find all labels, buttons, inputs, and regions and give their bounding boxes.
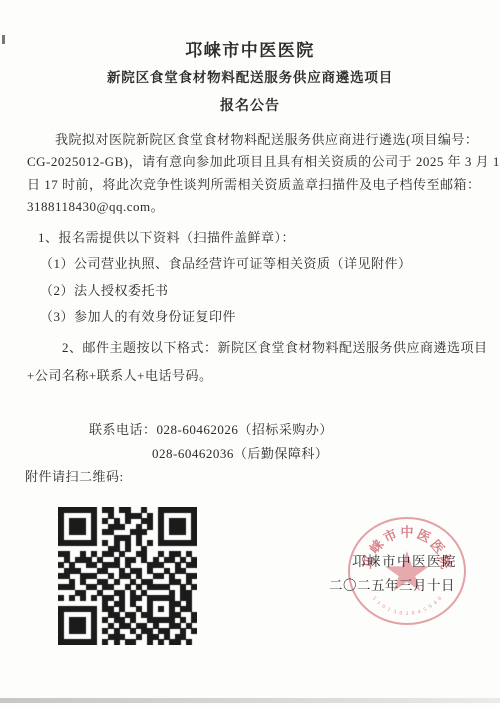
- scanned-announcement-page: 邛崃市中医医院 新院区食堂食材物料配送服务供应商遴选项目 报名公告 我院拟对医院…: [0, 0, 500, 707]
- qr-code-label: 附件请扫二维码:: [25, 466, 124, 485]
- email-subject-format-line-2: +公司名称+联系人+电话号码。: [27, 365, 213, 384]
- intro-line-4-email: 3188118430@qq.com。: [27, 196, 477, 218]
- stamp-serial-digit: 4: [433, 600, 439, 606]
- scan-bottom-shadow: [0, 698, 500, 703]
- email-subject-format-line-1: 2、邮件主题按以下格式：新院区食堂食材物料配送服务供应商遴选项目: [62, 337, 488, 356]
- intro-line-2: CG-2025012-GB)，请有意向参加此项目且具有相关资质的公司于 2025…: [27, 151, 477, 173]
- stamp-arc-char: 邛: [357, 554, 378, 571]
- intro-paragraph: 我院拟对医院新院区食堂食材物料配送服务供应商进行遴选(项目编号： CG-2025…: [27, 129, 477, 219]
- project-name-title: 新院区食堂食材物料配送服务供应商遴选项目: [0, 66, 500, 86]
- stamp-serial-digit: 1: [375, 600, 381, 606]
- stamp-serial-digit: 0: [411, 610, 415, 616]
- requirements-heading: 1、报名需提供以下资料（扫描件盖鲜章）：: [38, 227, 295, 246]
- stamp-serial-digit: 4: [417, 609, 421, 616]
- stamp-arc-char: 医: [427, 535, 450, 557]
- requirement-item-1: （1）公司营业执照、食品经营许可证等相关资质（详见附件）: [40, 253, 412, 272]
- intro-line-3: 日 17 时前，将此次竞争性谈判所需相关资质盖章扫描件及电子档传至邮箱：: [27, 174, 477, 196]
- official-stamp: 邛崃市中医医院5101302045940: [348, 517, 466, 625]
- stamp-serial-digit: 5: [423, 607, 428, 614]
- contact-phone-2: 028-60462036（后勤保障科）: [152, 443, 328, 462]
- stamp-arc-char: 中: [400, 522, 413, 541]
- stamp-star-icon: [384, 551, 430, 595]
- stamp-serial-digit: 0: [381, 604, 387, 611]
- intro-line-1: 我院拟对医院新院区食堂食材物料配送服务供应商进行遴选(项目编号：: [27, 129, 477, 151]
- hospital-name-title: 邛崃市中医医院: [0, 36, 500, 61]
- requirement-item-2: （2）法人授权委托书: [40, 280, 169, 299]
- stamp-serial-digit: 5: [371, 596, 377, 602]
- announcement-subtitle: 报名公告: [0, 95, 500, 115]
- stamp-serial-digit: 2: [406, 611, 409, 617]
- attachment-qr-code: [58, 507, 197, 645]
- stamp-serial-digit: 3: [392, 609, 396, 616]
- stamp-arc-char: 院: [435, 554, 456, 571]
- requirement-item-3: （3）参加人的有效身份证复印件: [40, 306, 236, 325]
- stamp-serial-digit: 0: [399, 610, 403, 616]
- contact-phone-1: 联系电话：028-60462026（招标采购办）: [89, 419, 333, 438]
- stamp-serial-digit: 0: [437, 596, 443, 602]
- stamp-serial-digit: 1: [386, 607, 391, 614]
- stamp-serial-digit: 9: [428, 604, 434, 611]
